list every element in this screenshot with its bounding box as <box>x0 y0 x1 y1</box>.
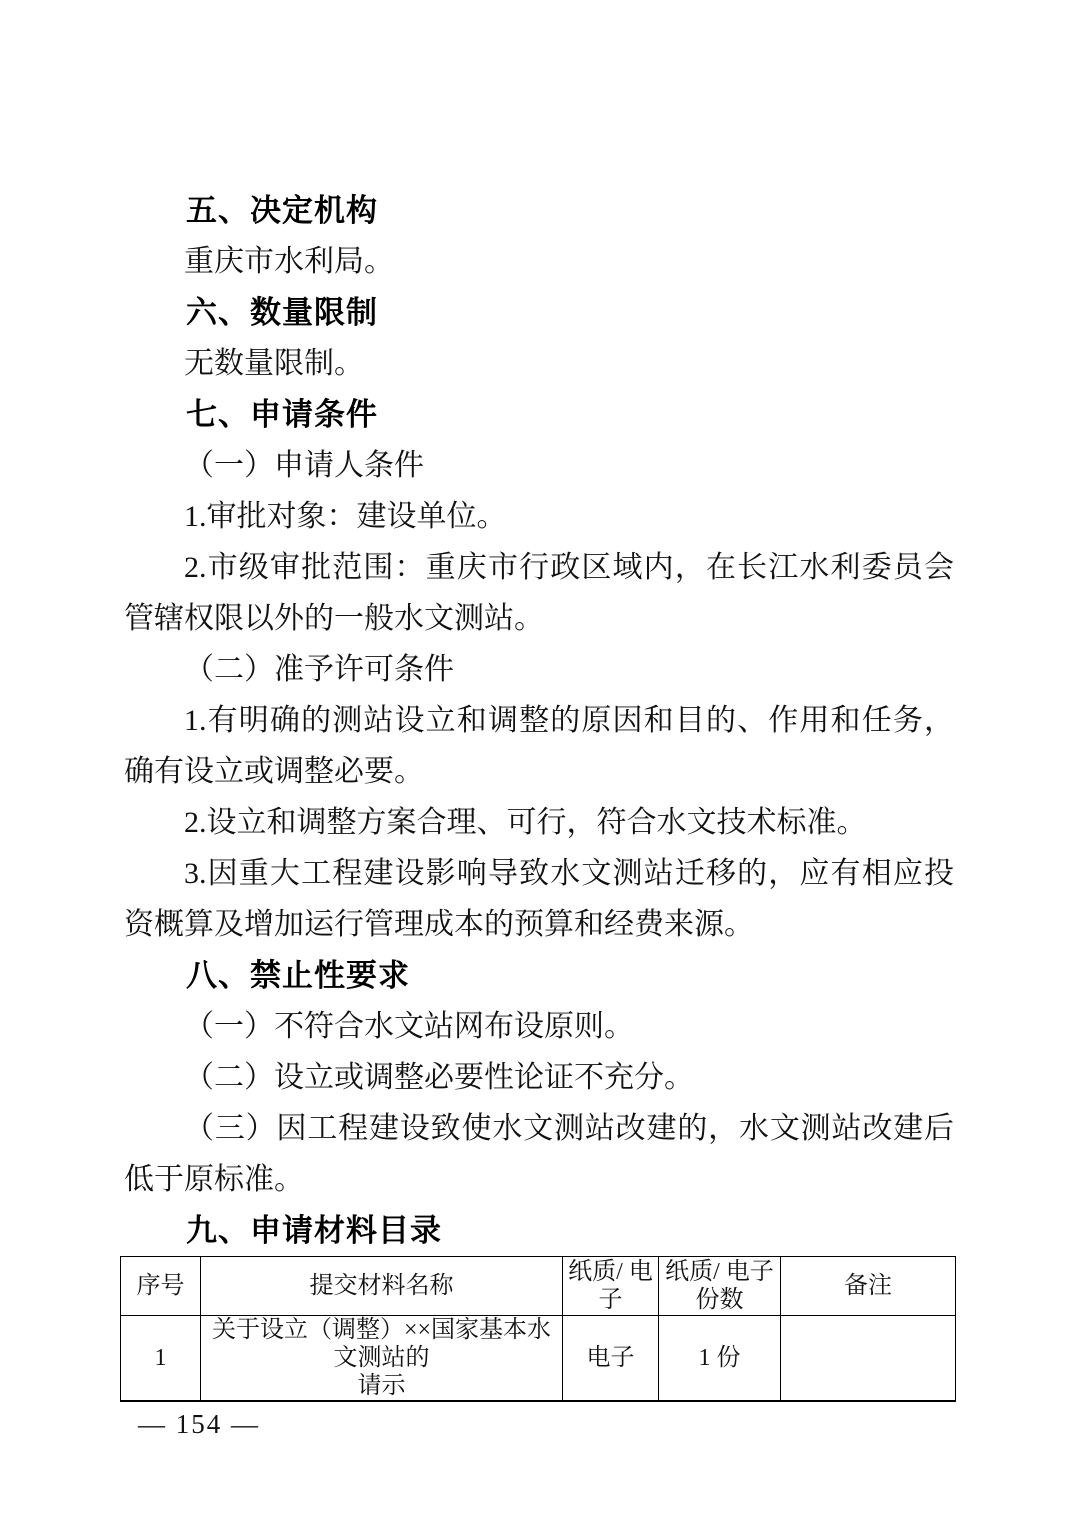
paragraph: 无数量限制。 <box>124 338 954 389</box>
section-heading-5: 五、决定机构 <box>124 185 954 236</box>
materials-table: 序号 提交材料名称 纸质/ 电 子 纸质/ 电子 份数 备注 1 关于设立（调整… <box>120 1256 956 1402</box>
section-heading-7: 七、申请条件 <box>124 389 954 440</box>
paragraph: （三）因工程建设致使水文测站改建的，水文测站改建后低于原标准。 <box>124 1103 954 1205</box>
paragraph: 2.设立和调整方案合理、可行，符合水文技术标准。 <box>124 797 954 848</box>
paragraph: 3.因重大工程建设影响导致水文测站迁移的，应有相应投资概算及增加运行管理成本的预… <box>124 848 954 950</box>
paragraph: （一）申请人条件 <box>124 440 954 491</box>
table-header-material: 提交材料名称 <box>201 1257 563 1316</box>
table-cell-remarks <box>781 1316 956 1402</box>
paragraph: （一）不符合水文站网布设原则。 <box>124 1001 954 1052</box>
section-heading-8: 八、禁止性要求 <box>124 950 954 1001</box>
section-heading-6: 六、数量限制 <box>124 287 954 338</box>
table-header-remarks: 备注 <box>781 1257 956 1316</box>
table-header-seq: 序号 <box>121 1257 201 1316</box>
document-page: 五、决定机构 重庆市水利局。 六、数量限制 无数量限制。 七、申请条件 （一）申… <box>0 0 1074 1520</box>
table-header-copies: 纸质/ 电子 份数 <box>659 1257 781 1316</box>
paragraph: （二）准予许可条件 <box>124 644 954 695</box>
paragraph: 2.市级审批范围：重庆市行政区域内，在长江水利委员会管辖权限以外的一般水文测站。 <box>124 542 954 644</box>
table-header-row: 序号 提交材料名称 纸质/ 电 子 纸质/ 电子 份数 备注 <box>121 1257 956 1316</box>
table-row: 1 关于设立（调整）××国家基本水文测站的 请示 电子 1 份 <box>121 1316 956 1402</box>
paragraph: 1.有明确的测站设立和调整的原因和目的、作用和任务，确有设立或调整必要。 <box>124 695 954 797</box>
table-cell-seq: 1 <box>121 1316 201 1402</box>
paragraph: （二）设立或调整必要性论证不充分。 <box>124 1052 954 1103</box>
table-cell-copies: 1 份 <box>659 1316 781 1402</box>
table-cell-medium: 电子 <box>563 1316 659 1402</box>
section-heading-9: 九、申请材料目录 <box>124 1205 954 1256</box>
paragraph: 1.审批对象：建设单位。 <box>124 491 954 542</box>
table-header-medium: 纸质/ 电 子 <box>563 1257 659 1316</box>
page-number: — 154 — <box>138 1409 954 1440</box>
table-cell-material: 关于设立（调整）××国家基本水文测站的 请示 <box>201 1316 563 1402</box>
paragraph: 重庆市水利局。 <box>124 236 954 287</box>
